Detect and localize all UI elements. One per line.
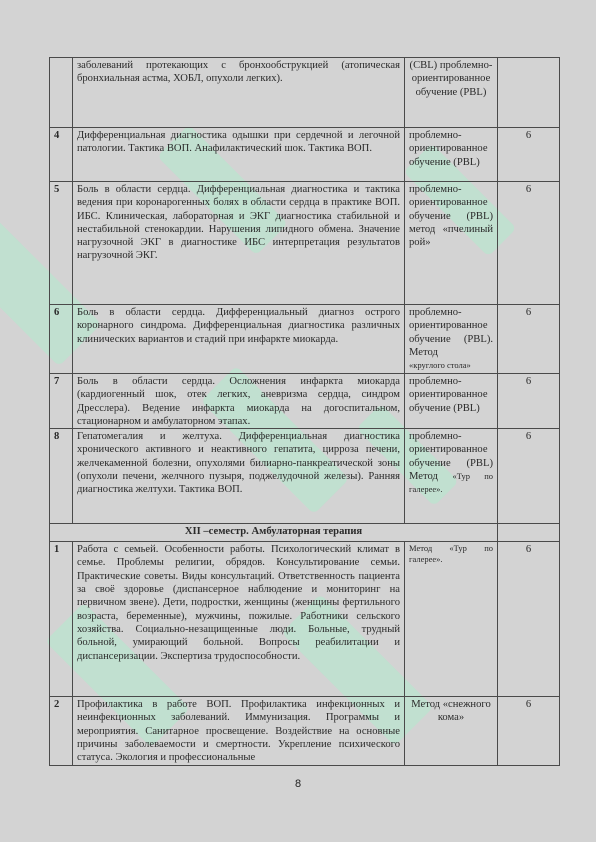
table-row: 5 Боль в области сердца. Дифференциальна… (50, 182, 560, 305)
page-number: 8 (0, 778, 596, 790)
row-number: 4 (50, 128, 73, 182)
hours-cell (498, 524, 560, 542)
method-extra: «круглого стола» (409, 360, 471, 370)
topic-cell: Боль в области сердца. Дифференциальная … (73, 182, 405, 305)
row-number: 8 (50, 429, 73, 524)
hours-cell: 6 (498, 128, 560, 182)
method-cell: (CBL) проблемно-ориентированное обучение… (405, 58, 498, 128)
row-number: 5 (50, 182, 73, 305)
hours-cell: 6 (498, 429, 560, 524)
table-row: 2 Профилактика в работе ВОП. Профилактик… (50, 697, 560, 766)
method-cell: Метод «снежного кома» (405, 697, 498, 766)
row-number: 6 (50, 305, 73, 374)
method-text: проблемно-ориентированное обучение (PBL)… (409, 307, 493, 358)
hours-cell (498, 58, 560, 128)
table-row: заболеваний протекающих с бронхообструкц… (50, 58, 560, 128)
hours-cell: 6 (498, 374, 560, 429)
method-cell: проблемно-ориентированное обучение (PBL) (405, 374, 498, 429)
method-cell: Метод «Тур по галерее». (405, 542, 498, 697)
hours-cell: 6 (498, 697, 560, 766)
topic-cell: Дифференциальная диагностика одышки при … (73, 128, 405, 182)
table-row: 8 Гепатомегалия и желтуха. Дифференциаль… (50, 429, 560, 524)
section-header-row: XII –семестр. Амбулаторная терапия (50, 524, 560, 542)
row-number: 2 (50, 697, 73, 766)
topic-cell: Боль в области сердца. Дифференциальный … (73, 305, 405, 374)
topic-cell: Гепатомегалия и желтуха. Дифференциальна… (73, 429, 405, 524)
topic-cell: Боль в области сердца. Осложнения инфарк… (73, 374, 405, 429)
row-number: 7 (50, 374, 73, 429)
row-number: 1 (50, 542, 73, 697)
method-cell: проблемно-ориентированное обучение (PBL)… (405, 305, 498, 374)
hours-cell: 6 (498, 542, 560, 697)
table-row: 4 Дифференциальная диагностика одышки пр… (50, 128, 560, 182)
table-row: 6 Боль в области сердца. Дифференциальны… (50, 305, 560, 374)
row-number (50, 58, 73, 128)
hours-cell: 6 (498, 182, 560, 305)
topic-cell: Профилактика в работе ВОП. Профилактика … (73, 697, 405, 766)
method-cell: проблемно-ориентированное обучение (PBL) (405, 128, 498, 182)
method-cell: проблемно-ориентированное обучение (PBL)… (405, 182, 498, 305)
table-row: 1 Работа с семьей. Особенности работы. П… (50, 542, 560, 697)
section-header: XII –семестр. Амбулаторная терапия (50, 524, 498, 542)
curriculum-table: заболеваний протекающих с бронхообструкц… (49, 57, 560, 766)
method-cell: проблемно-ориентированное обучение (PBL)… (405, 429, 498, 524)
table-row: 7 Боль в области сердца. Осложнения инфа… (50, 374, 560, 429)
topic-cell: заболеваний протекающих с бронхообструкц… (73, 58, 405, 128)
hours-cell: 6 (498, 305, 560, 374)
topic-cell: Работа с семьей. Особенности работы. Пси… (73, 542, 405, 697)
